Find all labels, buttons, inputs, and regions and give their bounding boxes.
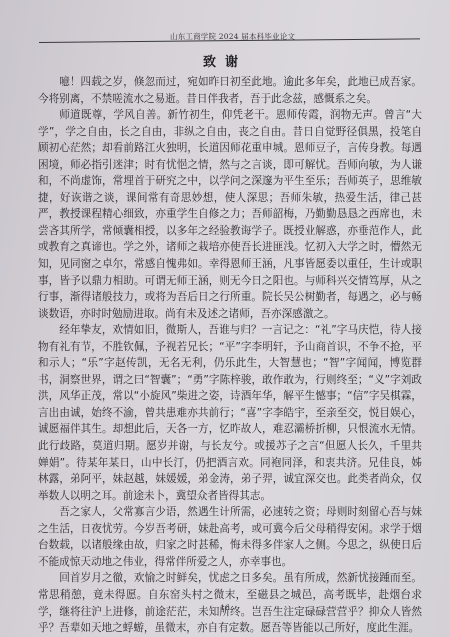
acknowledgement-body: 噫！四载之岁，倏忽而过，宛如昨日初至此地。逾此多年矣，此地已成吾家。今将别离，不… (38, 74, 422, 637)
paragraph-family: 吾之家人，父常寡言少语，然遇生计所需，必速转之资；母则时刻留心吾与妹之生活，日夜… (38, 504, 422, 570)
page-number: 16 (0, 603, 450, 612)
page-title: 致谢 (0, 51, 450, 70)
thesis-page: 山东工商学院 2024 届本科毕业论文 致谢 噫！四载之岁，倏忽而过，宛如昨日初… (0, 0, 450, 637)
paragraph-friends: 经年挚友，欢情如旧，微斯人，吾谁与归？一言记之：“礼”字马庆恺，待人接物有礼有节… (38, 322, 422, 504)
paragraph-teachers: 师道既尊，学风自善。新竹初生，仰凭老干。恩师传霞，润物无声。曾言“大学”，学之自… (38, 107, 422, 322)
paragraph-opening: 噫！四载之岁，倏忽而过，宛如昨日初至此地。逾此多年矣，此地已成吾家。今将别离，不… (38, 74, 422, 107)
